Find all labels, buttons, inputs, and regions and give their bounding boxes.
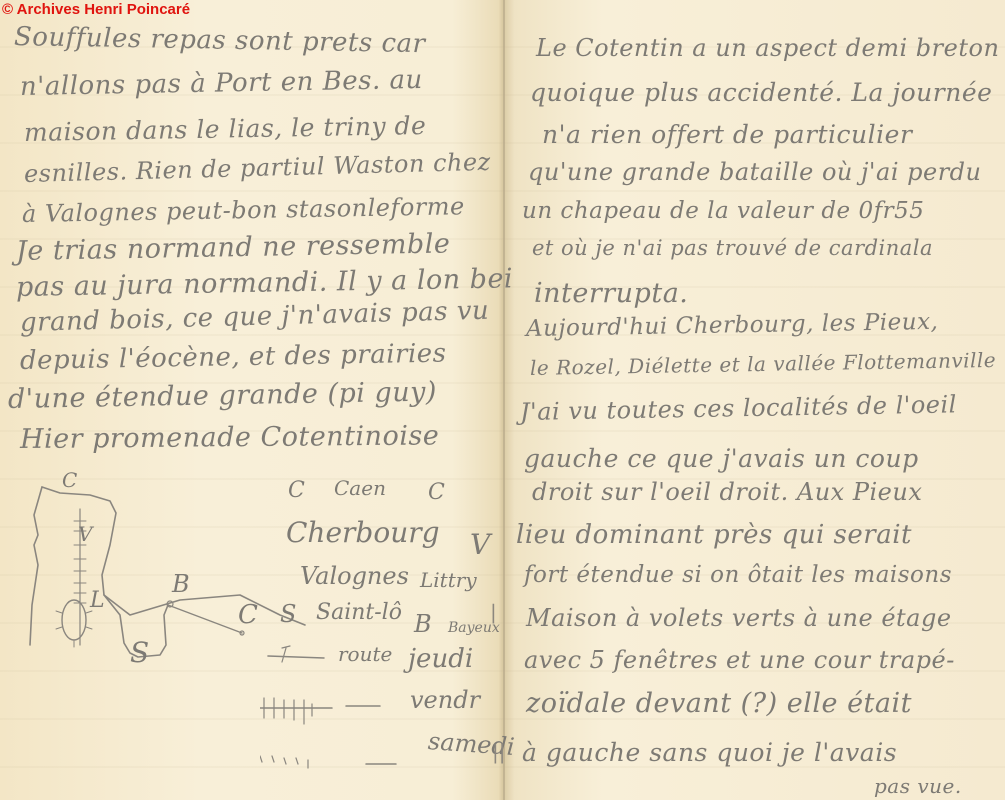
- legend-valognes: Valognes: [300, 562, 409, 590]
- legend-b: B: [414, 610, 432, 638]
- handwritten-line: esnilles. Rien de partiul Waston chez: [24, 148, 491, 188]
- copyright-watermark: © Archives Henri Poincaré: [2, 1, 190, 18]
- handwritten-line: Maison à volets verts à une étage: [526, 604, 952, 632]
- handwritten-line: zoïdale devant (?) elle était: [526, 688, 912, 719]
- legend-route: route: [338, 642, 392, 666]
- handwritten-line: quoique plus accidenté. La journée: [530, 78, 992, 107]
- handwritten-line: gauche ce que j'avais un coup: [524, 444, 919, 473]
- handwritten-line: n'a rien offert de particulier: [542, 120, 912, 149]
- handwritten-line: à Valognes peut-bon stasonleforme: [22, 192, 465, 228]
- handwritten-line: Souffules repas sont prets car: [14, 22, 426, 59]
- legend-v: V: [470, 528, 490, 561]
- margin-mark: ||: [492, 740, 505, 764]
- right-page: Le Cotentin a un aspect demi breton quoi…: [508, 0, 1005, 800]
- handwritten-line: pas vue.: [874, 774, 962, 798]
- handwritten-line: droit sur l'oeil droit. Aux Pieux: [532, 478, 922, 506]
- handwritten-line: maison dans le lias, le triny de: [24, 111, 427, 147]
- handwritten-line: interrupta.: [534, 278, 688, 309]
- manuscript-spread: © Archives Henri Poincaré Souffules repa…: [0, 0, 1005, 800]
- handwritten-line: qu'une grande bataille où j'ai perdu: [528, 158, 982, 186]
- handwritten-line: et où je n'ai pas trouvé de cardinala: [532, 236, 933, 260]
- handwritten-line: Le Cotentin a un aspect demi breton: [536, 34, 999, 62]
- legend-saint-lo: Saint-lô: [316, 600, 402, 625]
- handwritten-line: avec 5 fenêtres et une cour trapé-: [524, 646, 955, 674]
- legend-cherbourg: Cherbourg: [286, 516, 440, 549]
- legend-vendredi: vendr: [410, 686, 480, 714]
- handwritten-line: un chapeau de la valeur de 0fr55: [522, 198, 924, 224]
- legend-jeudi: jeudi: [408, 644, 473, 674]
- handwritten-line: à gauche sans quoi je l'avais: [522, 738, 897, 767]
- handwritten-line: Je trias normand ne ressemble: [16, 228, 451, 267]
- legend-littry: Littry: [420, 568, 477, 592]
- handwritten-line: Hier promenade Cotentinoise: [20, 420, 440, 455]
- left-page: Souffules repas sont prets car n'allons …: [0, 0, 500, 800]
- legend-c: C: [288, 478, 305, 503]
- sketch-label-l: L: [90, 588, 105, 613]
- legend-c2: C: [428, 480, 445, 505]
- handwritten-line: depuis l'éocène, et des prairies: [20, 339, 447, 376]
- handwritten-line: Aujourd'hui Cherbourg, les Pieux,: [526, 309, 939, 342]
- handwritten-line: le Rozel, Diélette et la vallée Flottema…: [530, 348, 997, 380]
- handwritten-line: lieu dominant près qui serait: [516, 520, 912, 550]
- sketch-label-c-right: C: [238, 600, 258, 630]
- handwritten-line: J'ai vu toutes ces localités de l'oeil: [520, 390, 957, 426]
- handwritten-line: grand bois, ce que j'n'avais pas vu: [20, 296, 490, 338]
- sketch-label-s: S: [130, 636, 149, 669]
- handwritten-line: d'une étendue grande (pi guy): [8, 377, 437, 415]
- margin-mark: |: [490, 600, 497, 624]
- sketch-label-v: V: [78, 522, 92, 546]
- handwritten-line: fort étendue si on ôtait les maisons: [524, 562, 952, 588]
- sketch-label-c: C: [62, 468, 77, 492]
- legend-caen: Caen: [334, 476, 386, 500]
- sketch-label-b: B: [172, 570, 190, 598]
- handwritten-line: n'allons pas à Port en Bes. au: [20, 65, 423, 102]
- legend-s: S: [280, 600, 296, 628]
